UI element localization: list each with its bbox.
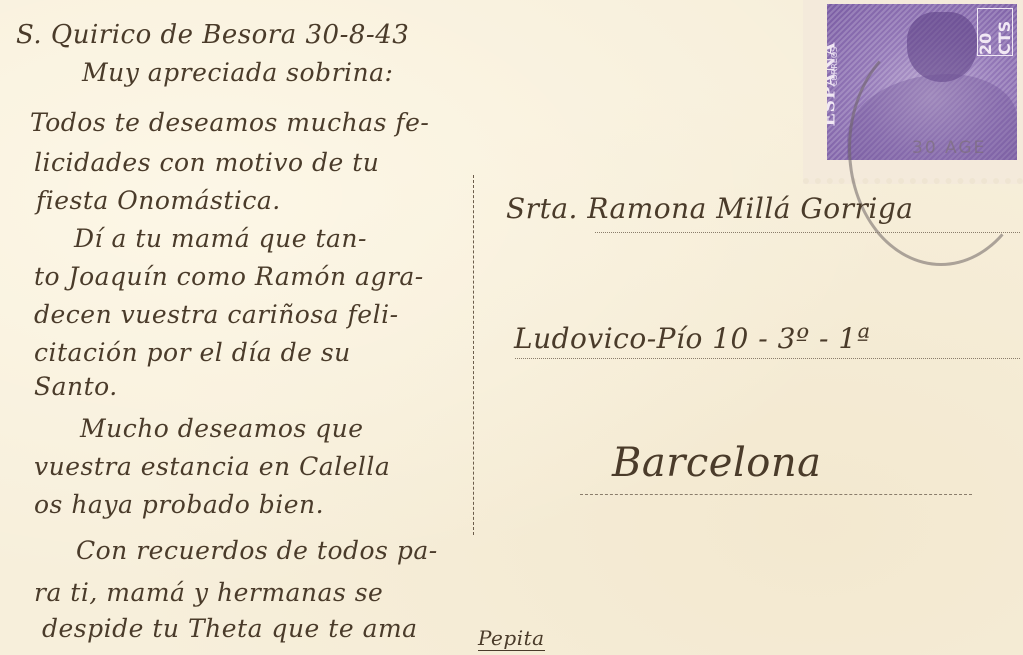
message-line: Santo. (34, 372, 118, 401)
place-date-line: S. Quirico de Besora 30-8-43 (16, 20, 409, 50)
message-line: decen vuestra cariñosa feli- (34, 300, 399, 329)
message-line: Todos te deseamos muchas fe- (30, 108, 429, 137)
message-line: vuestra estancia en Calella (34, 452, 390, 481)
postmark-text: 30 AGE (912, 138, 986, 158)
city: Barcelona (612, 440, 821, 486)
message-line: licidades con motivo de tu (34, 148, 379, 177)
greeting-line: Muy apreciada sobrina: (82, 58, 393, 87)
street-address: Ludovico-Pío 10 - 3º - 1ª (514, 322, 870, 355)
message-line: fiesta Onomástica. (36, 186, 281, 215)
message-line: ra ti, mamá y hermanas se (34, 578, 383, 607)
address-rule (595, 232, 1020, 233)
message-line: Dí a tu mamá que tan- (74, 224, 367, 253)
address-rule (515, 358, 1020, 359)
stamp-subtitle: CORREOS (830, 47, 839, 86)
address-rule (580, 494, 972, 495)
message-line: Mucho deseamos que (80, 414, 364, 443)
message-line: to Joaquín como Ramón agra- (34, 262, 424, 291)
recipient-name: Srta. Ramona Millá Gorriga (506, 192, 913, 225)
message-line: os haya probado bien. (34, 490, 324, 519)
message-line: Con recuerdos de todos pa- (76, 536, 438, 565)
center-divider (473, 175, 474, 535)
signature: Pepita (478, 626, 545, 651)
postcard-back: S. Quirico de Besora 30-8-43 Muy aprecia… (0, 0, 1023, 655)
message-line: citación por el día de su (34, 338, 351, 367)
message-line: despide tu Theta que te ama (42, 614, 418, 643)
